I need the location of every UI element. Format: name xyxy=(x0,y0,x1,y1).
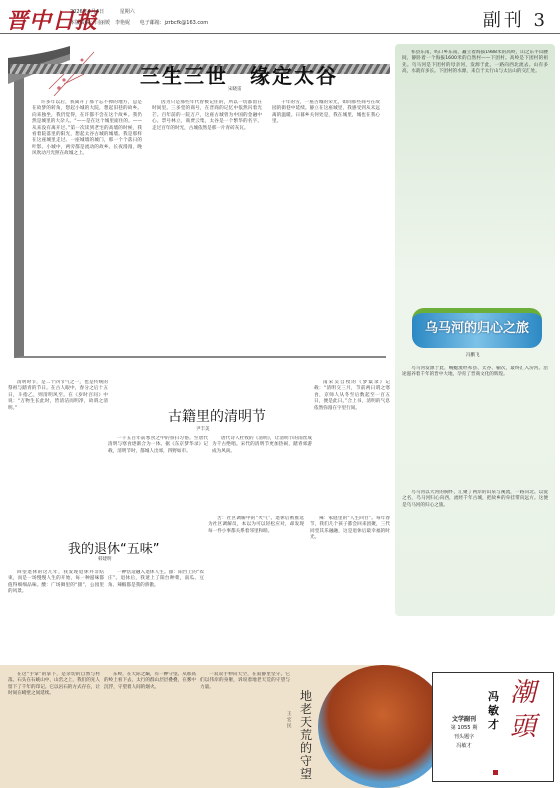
author-retire: 韩建明 xyxy=(98,556,112,562)
retire-col-3: 苦：社区调解中的“火气”。退休后被推选为社区调解员，本以为可以轻松应对，却发现每… xyxy=(208,516,304,652)
river-box-bottom-text: 乌马河以大河的胸怀，汇聚了两岸的山泉与溪流，一路向北。以爱之名，乌马河归心向西，… xyxy=(402,490,548,610)
qingming-col-3: 唐代诗人杜牧的《清明》，让清明节的雨丝成为千古绝唱。宋代的清明节更加热闹，踏青郊… xyxy=(212,436,312,512)
qingming-col-4: 南宋吴自牧的《梦粱录》记载：“清明交三月，节前两日谓之寒食，京师人从冬至后数起至… xyxy=(314,380,390,512)
weekday: 星期六 xyxy=(120,9,135,15)
calligrapher-name: 冯敏才 xyxy=(440,742,488,751)
issue-date: 2026年4月4日 星期六 xyxy=(70,8,135,15)
guardian-col-1: 在这“手掌”的掌下，是亲切的自然与村落。石头在石峡山中，山峦之上，我们的先人留下… xyxy=(8,672,100,780)
section-label: 副刊 3 xyxy=(483,6,548,32)
colophon-info: 文学副刊 第 1055 期 刊头题字 冯敏才 xyxy=(440,715,488,751)
supplement-brand: 潮頭 xyxy=(510,676,550,744)
rock-photo xyxy=(318,665,448,788)
qingming-col-1: 清明时节，是二十四节气之一，也是传统的祭祖与踏青的节日。在古人眼中，春分之后十五… xyxy=(8,380,108,512)
article-title-top: 三生三世 缘定太谷 xyxy=(140,60,338,89)
author-qingming: 尹丰美 xyxy=(196,426,210,432)
river-box-mid-text: 乌马河发源于此，蜿蜒流经祁县、太谷、榆次，最终汇入汾河。沿途滋养着千年的晋中大地… xyxy=(402,366,548,486)
calligraphy-signature: 冯敏才 xyxy=(488,690,502,732)
top-article-col-2: 因为只是那些年代曾被记住的，所以一切都留在时间里。三多堂的商号，在晋商的记忆中依… xyxy=(152,100,262,352)
author-top: 宋晓雷 xyxy=(228,86,242,92)
article-title-retire: 我的退休“五味” xyxy=(68,538,159,557)
email: 电子邮箱：jzrbcfk@163.com xyxy=(140,20,208,26)
guardian-col-2: 东岭，在天际之巅，有一种守望。从那高的岭上看下去，太行的群山层层叠叠，在雾中沉浮… xyxy=(104,672,196,780)
retire-col-4: 辣：家庭里的“人生回甘”。每年春节，我们几个孩子都会回来团聚，三代同堂其乐融融，… xyxy=(310,516,390,652)
retire-col-2: 一种恬适融入退休人生。甜：阳台上的“农庄”。退休后，我迷上了阳台种菜，南瓜、豆角… xyxy=(108,570,204,652)
article-title-qingming: 古籍里的清明节 xyxy=(168,406,266,426)
author-guardian: 王宏民 xyxy=(287,712,293,730)
author-river: 冯鹏飞 xyxy=(466,352,480,358)
editor-line: 本版责编：闫丽媛 李艳妮 电子邮箱：jzrbcfk@163.com xyxy=(70,19,208,26)
seal-stamp-icon xyxy=(493,770,498,775)
date: 2026年4月4日 xyxy=(70,9,104,15)
river-box-top-text: 祁县东南，屿口乡东南，矗立着海拔1988米的高岭，山之东半山腰间，静卧着一个海拔… xyxy=(402,50,548,302)
supplement-label: 文学副刊 xyxy=(440,715,488,724)
qingming-col-2: 一千五百年前寒食之中的祭扫习俗。至唐代清明与寒食逐渐合为一体。据《东京梦华录》记… xyxy=(108,436,208,512)
top-article-col-1: 许多年以后，我离开了那个忘不掉的地方，总是在故梦的转角，想起小城的大院，想起旧巷… xyxy=(32,100,142,352)
article-title-river: 乌马河的归心之旅 xyxy=(404,317,550,336)
guardian-col-3: 一双双手伸向天空，在寂静里坚守。它们以伟岸的身躯，诉说着地老天荒的守望与力量。 xyxy=(200,672,290,780)
issue-number: 第 1055 期 xyxy=(440,724,488,733)
top-article-col-3: 千年的雪，一座古城的荣光，如同那些商号在故园的街巷中延续。静立在这座城里，我感受… xyxy=(272,100,380,352)
editors: 本版责编：闫丽媛 李艳妮 xyxy=(70,20,130,26)
retire-col-1: 回望退休的这几年，我发现退休并非结束，而是一场慢慢人生的开始，每一种滋味都值得细… xyxy=(8,570,104,652)
article-title-guardian: 地老天荒的守望 xyxy=(300,690,314,781)
title-credit-label: 刊头题字 xyxy=(440,733,488,742)
